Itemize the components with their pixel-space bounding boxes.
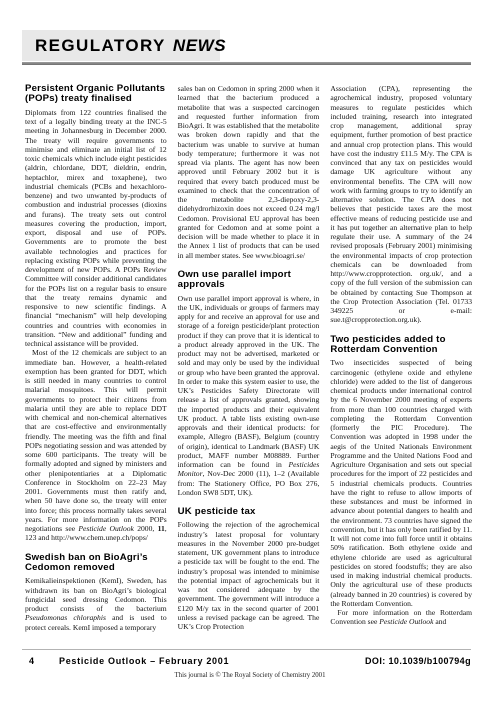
- page-footer: 4 Pesticide Outlook – February 2001 DOI:…: [22, 656, 471, 666]
- section-heading: UK pesticide tax: [178, 507, 320, 517]
- section-heading: Own use parallel import approvals: [178, 270, 320, 291]
- body-text: UK pesticide tax: [178, 506, 256, 517]
- emphasis-text: Pseudomonas chloraphis: [25, 613, 106, 622]
- paragraph: Following the rejection of the agrochemi…: [178, 520, 320, 631]
- paragraph: Association (CPA), representing the agro…: [330, 84, 472, 325]
- emphasis-text: 11: [158, 524, 165, 533]
- paragraph: Two insecticides suspected of being carc…: [330, 358, 472, 608]
- page-title-main: REGULATORY: [35, 36, 166, 55]
- journal-page: REGULATORYNEWS Persistent Organic Pollut…: [0, 0, 500, 708]
- journal-issue-label: Pesticide Outlook – February 2001: [59, 656, 229, 666]
- body-text: sales ban on Cedomon in spring 2000 when…: [178, 84, 320, 260]
- header-rule: [22, 62, 471, 65]
- body-text: Persistent Organic Pollutants (POPs) tre…: [25, 83, 165, 104]
- body-text: Following the rejection of the agrochemi…: [178, 520, 320, 631]
- footer-rule: [22, 649, 471, 650]
- emphasis-text: Pesticide Outlook: [379, 617, 433, 626]
- doi-label: DOI: 10.1039/b100794g: [365, 656, 471, 666]
- body-text: Association (CPA), representing the agro…: [330, 84, 472, 324]
- section-heading: Persistent Organic Pollutants (POPs) tre…: [25, 84, 167, 105]
- paragraph: Most of the 12 chemicals are subject to …: [25, 348, 167, 542]
- emphasis-text: Pesticide Outlook: [78, 524, 134, 533]
- page-header: REGULATORYNEWS: [22, 30, 220, 61]
- body-text: Own use parallel import approval is wher…: [178, 294, 320, 470]
- body-text: Two insecticides suspected of being carc…: [330, 358, 472, 608]
- column-1: Persistent Organic Pollutants (POPs) tre…: [25, 84, 167, 632]
- body-text: Kemikalieinspektionen (KemI), Sweden, ha…: [25, 576, 167, 613]
- body-text: and: [433, 617, 446, 626]
- body-text: Swedish ban on BioAgri’s Cedomon removed: [25, 552, 148, 573]
- body-text: Most of the 12 chemicals are subject to …: [25, 348, 167, 533]
- copyright-line: This journal is © The Royal Society of C…: [0, 672, 500, 679]
- column-3: Association (CPA), representing the agro…: [330, 84, 472, 632]
- paragraph: Kemikalieinspektionen (KemI), Sweden, ha…: [25, 576, 167, 632]
- page-title-accent: NEWS: [173, 36, 226, 55]
- paragraph: For more information on the Rotterdam Co…: [330, 608, 472, 627]
- article-columns: Persistent Organic Pollutants (POPs) tre…: [25, 84, 472, 632]
- page-number: 4: [29, 656, 34, 666]
- paragraph: Own use parallel import approval is wher…: [178, 294, 320, 498]
- body-text: Diplomats from 122 countries finalised t…: [25, 108, 167, 348]
- page-title: REGULATORYNEWS: [35, 36, 226, 56]
- body-text: Two pesticides added to Rotterdam Conven…: [330, 334, 445, 355]
- body-text: Own use parallel import approvals: [178, 269, 291, 290]
- body-text: 2000,: [134, 524, 158, 533]
- paragraph: sales ban on Cedomon in spring 2000 when…: [178, 84, 320, 260]
- section-heading: Swedish ban on BioAgri’s Cedomon removed: [25, 553, 167, 574]
- column-2: sales ban on Cedomon in spring 2000 when…: [178, 84, 320, 632]
- section-heading: Two pesticides added to Rotterdam Conven…: [330, 335, 472, 356]
- paragraph: Diplomats from 122 countries finalised t…: [25, 108, 167, 349]
